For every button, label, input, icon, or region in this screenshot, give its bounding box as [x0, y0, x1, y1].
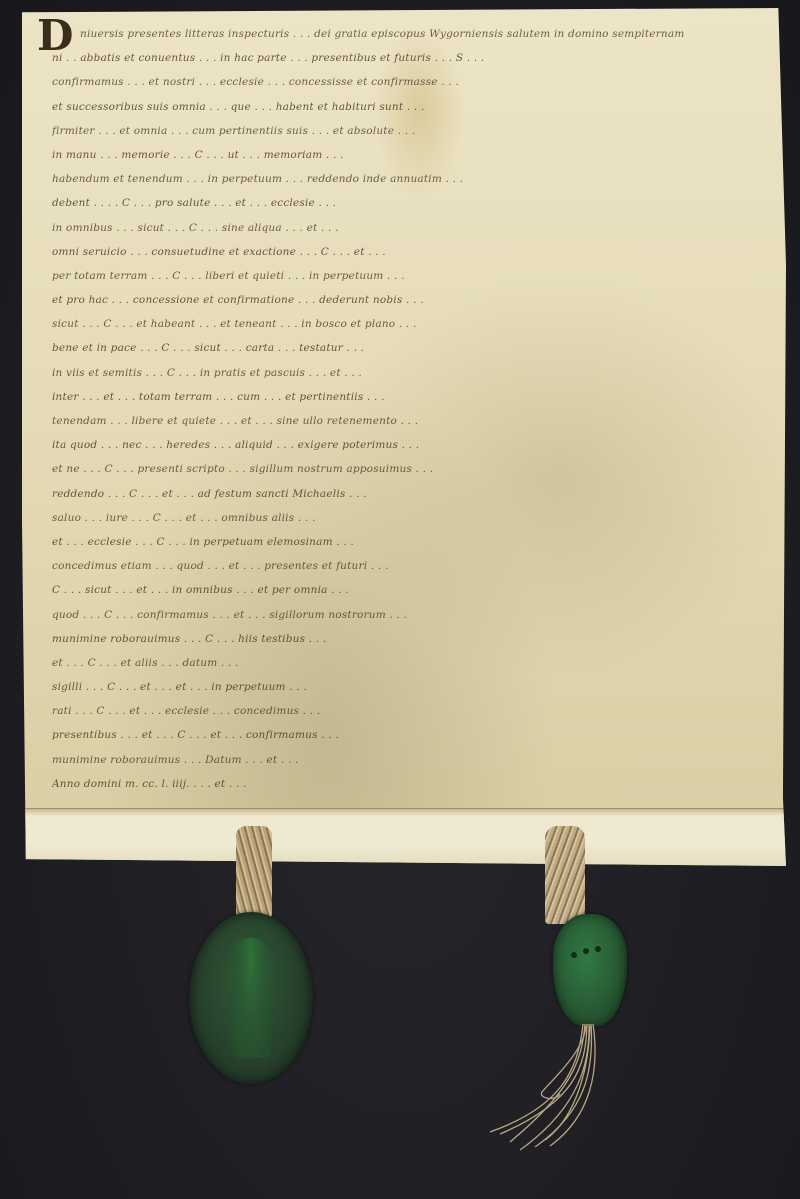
text-line: concedimus etiam . . . quod . . . et . .…: [52, 554, 768, 578]
text-line: firmiter . . . et omnia . . . cum pertin…: [52, 119, 768, 143]
left-seal-cord: [236, 826, 272, 918]
text-line: bene et in pace . . . C . . . sicut . . …: [52, 336, 768, 360]
text-line: munimine roborauimus . . . Datum . . . e…: [52, 748, 768, 772]
text-line: omni seruicio . . . consuetudine et exac…: [52, 240, 768, 264]
text-line: niuersis presentes litteras inspecturis …: [52, 22, 768, 46]
text-line: rati . . . C . . . et . . . ecclesie . .…: [52, 699, 768, 723]
text-line: C . . . sicut . . . et . . . in omnibus …: [52, 578, 768, 602]
text-line: reddendo . . . C . . . et . . . ad festu…: [52, 482, 768, 506]
text-line: per totam terram . . . C . . . liberi et…: [52, 264, 768, 288]
right-wax-seal: [553, 914, 627, 1026]
silk-tassel-icon: [490, 1022, 620, 1152]
text-line: ni . . abbatis et conuentus . . . in hac…: [52, 46, 768, 70]
text-line: in viis et semitis . . . C . . . in prat…: [52, 361, 768, 385]
charter-parchment: D niuersis presentes litteras inspecturi…: [22, 8, 786, 866]
seal-hole-icon: [595, 946, 601, 952]
text-line: sicut . . . C . . . et habeant . . . et …: [52, 312, 768, 336]
text-line: et successoribus suis omnia . . . que . …: [52, 95, 768, 119]
text-line: confirmamus . . . et nostri . . . eccles…: [52, 70, 768, 94]
text-line: in manu . . . memorie . . . C . . . ut .…: [52, 143, 768, 167]
text-line: inter . . . et . . . totam terram . . . …: [52, 385, 768, 409]
text-line: et pro hac . . . concessione et confirma…: [52, 288, 768, 312]
seal-hole-icon: [571, 952, 577, 958]
text-line: et ne . . . C . . . presenti scripto . .…: [52, 457, 768, 481]
text-line: et . . . ecclesie . . . C . . . in perpe…: [52, 530, 768, 554]
left-wax-seal: [189, 912, 313, 1084]
text-line: debent . . . . C . . . pro salute . . . …: [52, 191, 768, 215]
right-seal-cord: [545, 826, 585, 924]
seal-hole-icon: [583, 948, 589, 954]
text-line: presentibus . . . et . . . C . . . et . …: [52, 723, 768, 747]
text-line: et . . . C . . . et aliis . . . datum . …: [52, 651, 768, 675]
text-line: munimine roborauimus . . . C . . . hiis …: [52, 627, 768, 651]
text-line: saluo . . . iure . . . C . . . et . . . …: [52, 506, 768, 530]
text-line: Anno domini m. cc. l. iiij. . . . et . .…: [52, 772, 768, 796]
charter-text: niuersis presentes litteras inspecturis …: [52, 22, 768, 796]
text-line: habendum et tenendum . . . in perpetuum …: [52, 167, 768, 191]
text-line: tenendam . . . libere et quiete . . . et…: [52, 409, 768, 433]
text-line: quod . . . C . . . confirmamus . . . et …: [52, 603, 768, 627]
text-line: sigilli . . . C . . . et . . . et . . . …: [52, 675, 768, 699]
text-line: ita quod . . . nec . . . heredes . . . a…: [52, 433, 768, 457]
seal-figure-icon: [231, 938, 271, 1058]
text-line: in omnibus . . . sicut . . . C . . . sin…: [52, 216, 768, 240]
parchment-fold-plica: [22, 808, 786, 867]
